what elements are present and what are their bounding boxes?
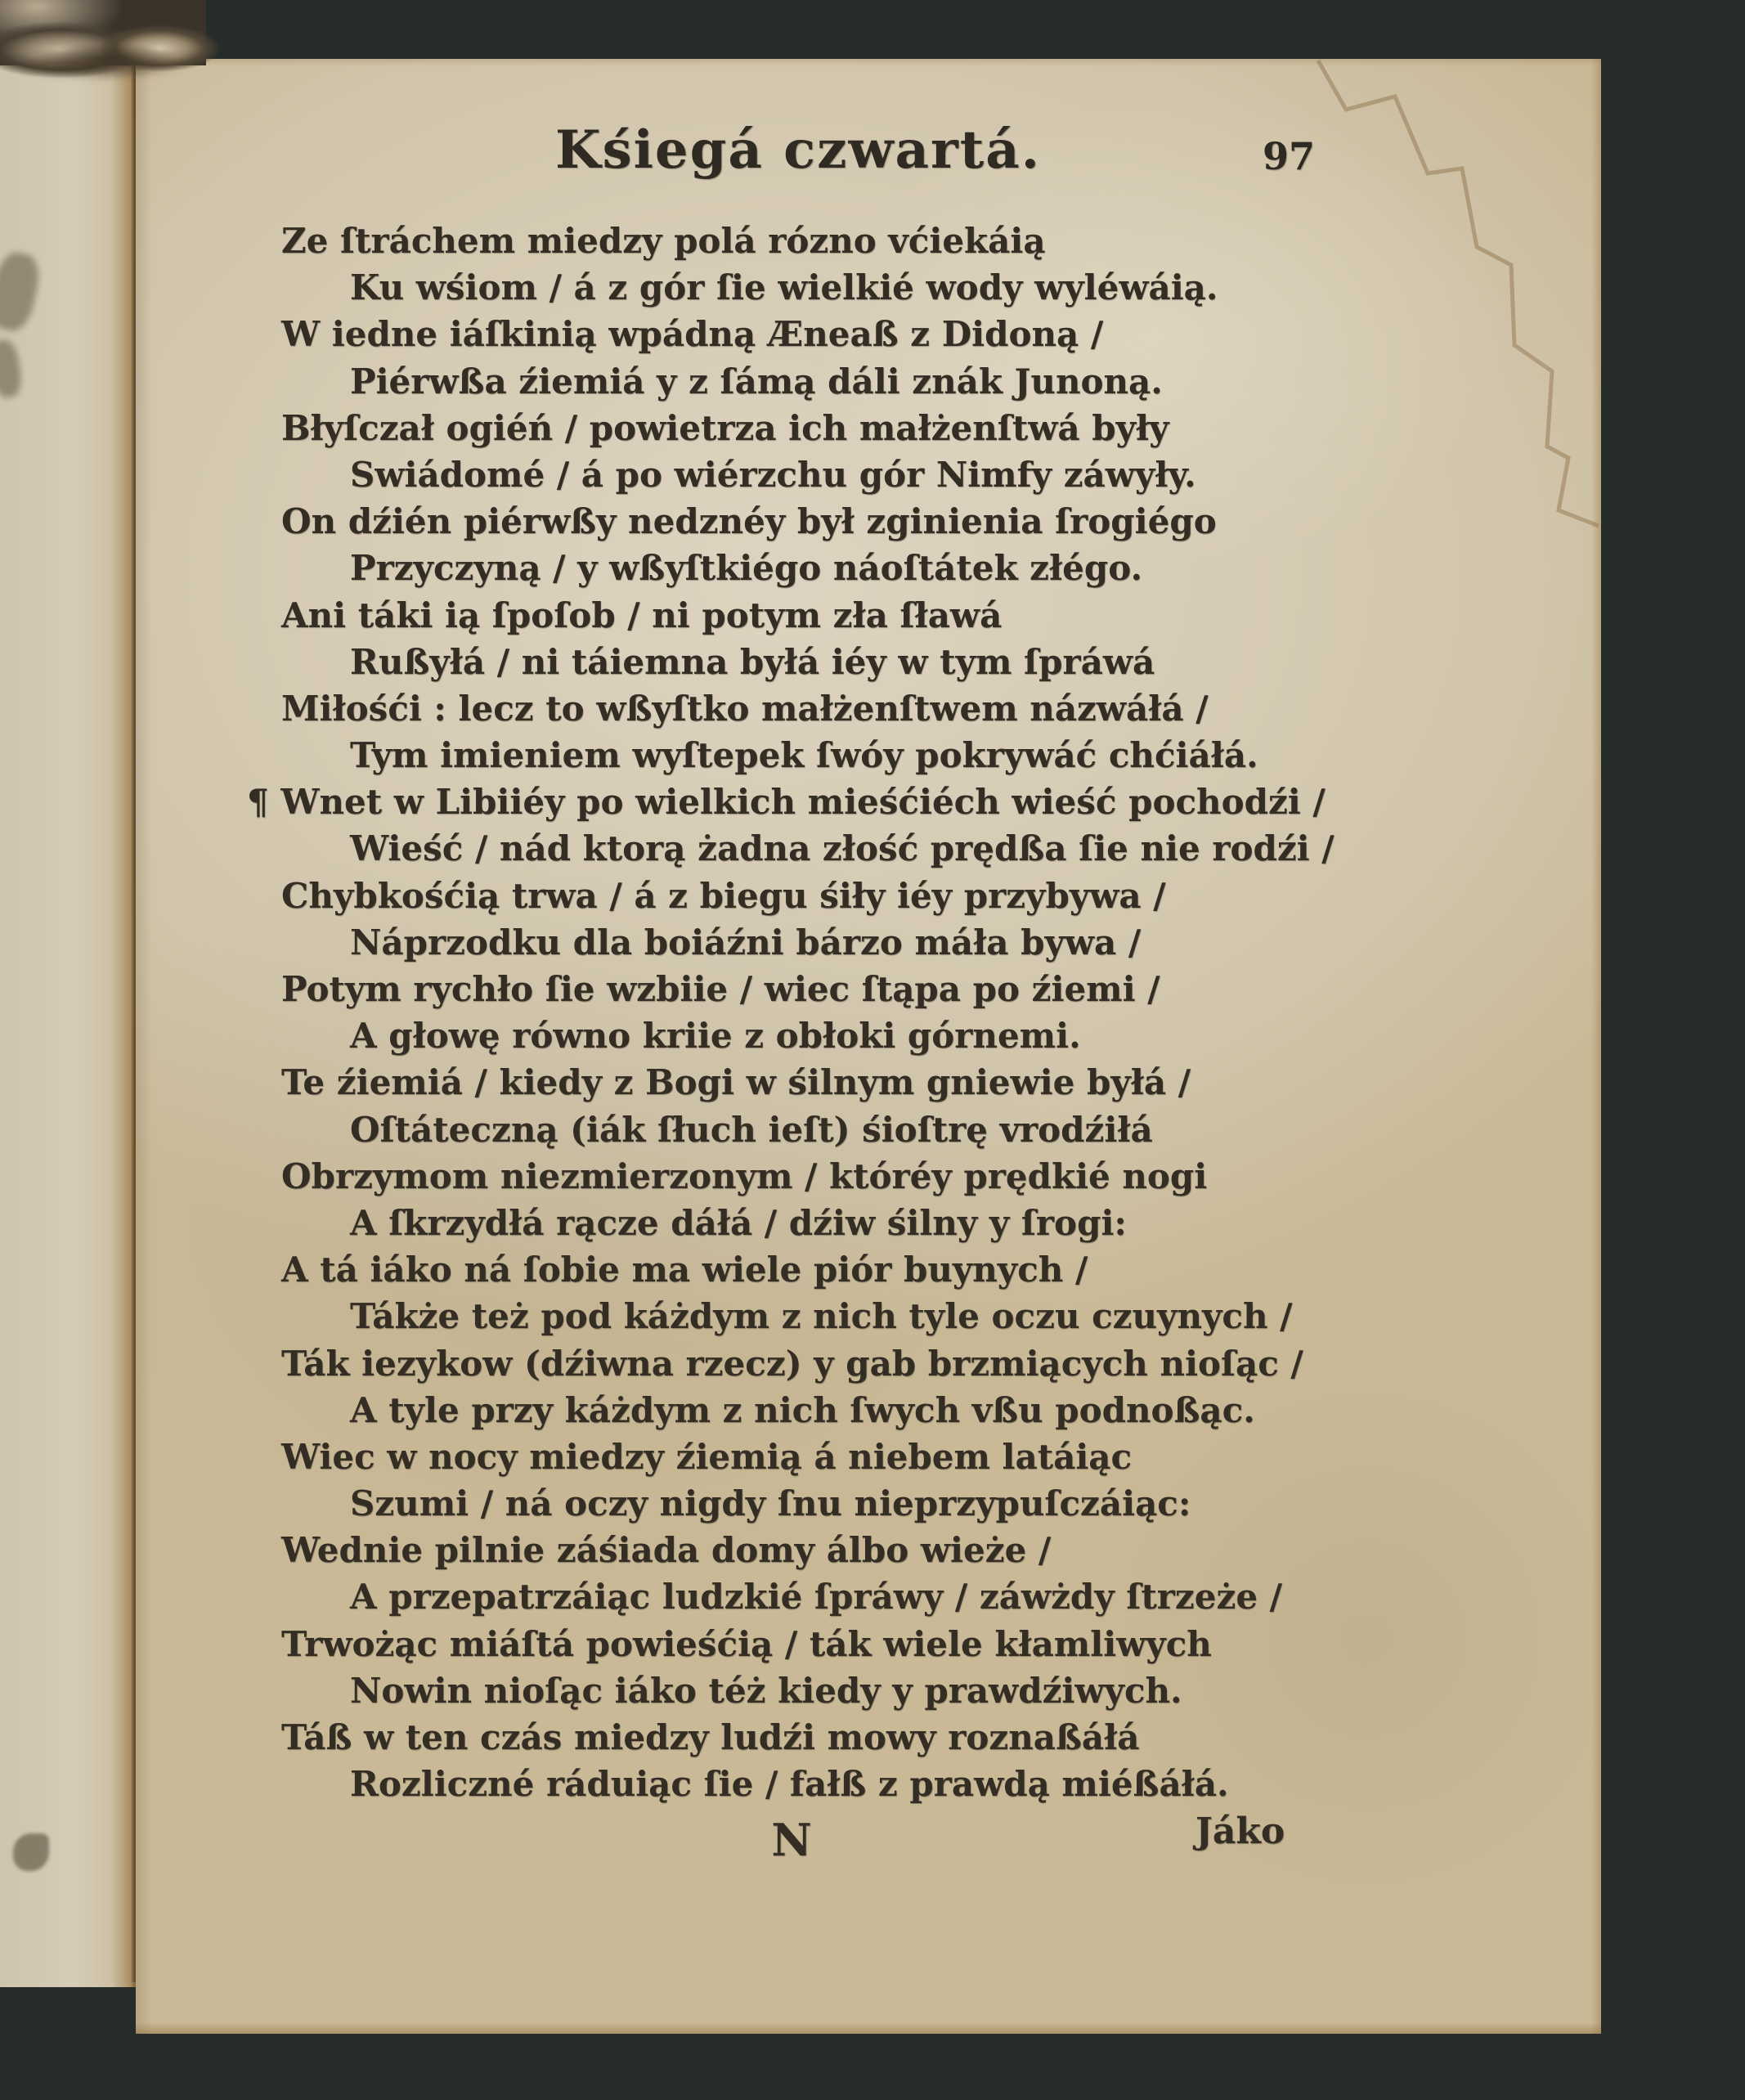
verse-line: Piérwßa źiemiá y z ſámą dáli znák Junoną… xyxy=(281,358,1508,405)
running-title: Kśiegá czwartá. xyxy=(136,119,1460,181)
verse-line: Miłośći : lecz to wßyſtko małżenſtwem ná… xyxy=(281,685,1508,732)
left-page-edge xyxy=(0,52,136,1987)
verse-line: Wieść / nád ktorą żadna złość prędßa ſie… xyxy=(281,825,1508,872)
verse-line: A ſkrzydłá rącze dáłá / dźiw śilny y ſro… xyxy=(281,1200,1508,1246)
verse-line: Ták iezykow (dźiwna rzecz) y gab brzmiąc… xyxy=(281,1340,1508,1387)
book-block-curl xyxy=(0,0,206,65)
verse-line: Rußyłá / ni táiemna byłá iéy w tym ſpráw… xyxy=(281,639,1508,685)
catchword: Jáko xyxy=(1195,1811,1285,1852)
verse-line: W iedne iáſkinią wpádną Æneaß z Didoną / xyxy=(281,311,1508,357)
verse-line: Ku wśiom / á z gór ſie wielkié wody wylé… xyxy=(281,264,1508,311)
verse-line: A głowę równo kriie z obłoki górnemi. xyxy=(281,1012,1508,1059)
verse-line: On dźién piérwßy nedznéy był zginienia ſ… xyxy=(281,498,1508,545)
verse-line: Táß w ten czás miedzy ludźi mowy roznaßá… xyxy=(281,1714,1508,1761)
verse-line: A tá iáko ná ſobie ma wiele piór buynych… xyxy=(281,1246,1508,1293)
verse-line: Oſtáteczną (iák ſłuch ieſt) śioſtrę vrod… xyxy=(281,1106,1508,1153)
page-curl-shadow xyxy=(33,43,180,79)
verse-line: Rozliczné ráduiąc ſie / fałß z prawdą mi… xyxy=(281,1761,1508,1807)
verse-line: Błyſczał ogiéń / powietrza ich małżenſtw… xyxy=(281,405,1508,451)
verse-line: Ze ſtráchem miedzy polá rózno vćiekáią xyxy=(281,218,1508,264)
verse-line: Swiádomé / á po wiérzchu gór Nimfy záwył… xyxy=(281,451,1508,498)
ink-showthrough-mark xyxy=(0,339,24,399)
verse-line: A przepatrzáiąc ludzkié ſpráwy / záwżdy … xyxy=(281,1573,1508,1620)
scan-background: Kśiegá czwartá. 97 Ze ſtráchem miedzy po… xyxy=(0,0,1745,2100)
verse-line: Te źiemiá / kiedy z Bogi w śilnym gniewi… xyxy=(281,1059,1508,1106)
ink-showthrough-mark xyxy=(0,249,43,334)
signature-mark: N xyxy=(742,1814,841,1866)
verse-line: ¶ Wnet w Libiiéy po wielkich mieśćiéch w… xyxy=(247,779,1508,825)
verse-line: Náprzodku dla boiáźni bárzo máła bywa / xyxy=(281,919,1508,966)
verse-line: Nowin nioſąc iáko téż kiedy y prawdźiwyc… xyxy=(281,1667,1508,1714)
verse-line: Obrzymom niezmierzonym / któréy prędkié … xyxy=(281,1153,1508,1200)
verse-text: Ze ſtráchem miedzy polá rózno vćiekáiąKu… xyxy=(281,218,1508,1807)
verse-line: Chybkośćią trwa / á z biegu śiły iéy prz… xyxy=(281,873,1508,919)
page-number: 97 xyxy=(1263,134,1315,178)
verse-line: Ani táki ią ſpoſob / ni potym zła ſławá xyxy=(281,592,1508,639)
verse-line: Potym rychło ſie wzbiie / wiec ſtąpa po … xyxy=(281,966,1508,1012)
verse-line: Tym imieniem wyſtepek ſwóy pokrywáć chći… xyxy=(281,732,1508,779)
ink-showthrough-mark xyxy=(13,1833,49,1871)
verse-line: A tyle przy káżdym z nich ſwych vßu podn… xyxy=(281,1387,1508,1434)
verse-line: Szumi / ná oczy nigdy ſnu nieprzypuſczái… xyxy=(281,1480,1508,1527)
verse-line: Przyczyną / y wßyſtkiégo náoſtátek złégo… xyxy=(281,545,1508,591)
verse-line: Trwożąc miáſtá powieśćią / ták wiele kła… xyxy=(281,1621,1508,1667)
verse-line: Wednie pilnie záśiada domy álbo wieże / xyxy=(281,1527,1508,1573)
verse-line: Wiec w nocy miedzy źiemią á niebem latái… xyxy=(281,1434,1508,1480)
verse-line: Tákże też pod káżdym z nich tyle oczu cz… xyxy=(281,1293,1508,1339)
book-page: Kśiegá czwartá. 97 Ze ſtráchem miedzy po… xyxy=(136,59,1601,2034)
